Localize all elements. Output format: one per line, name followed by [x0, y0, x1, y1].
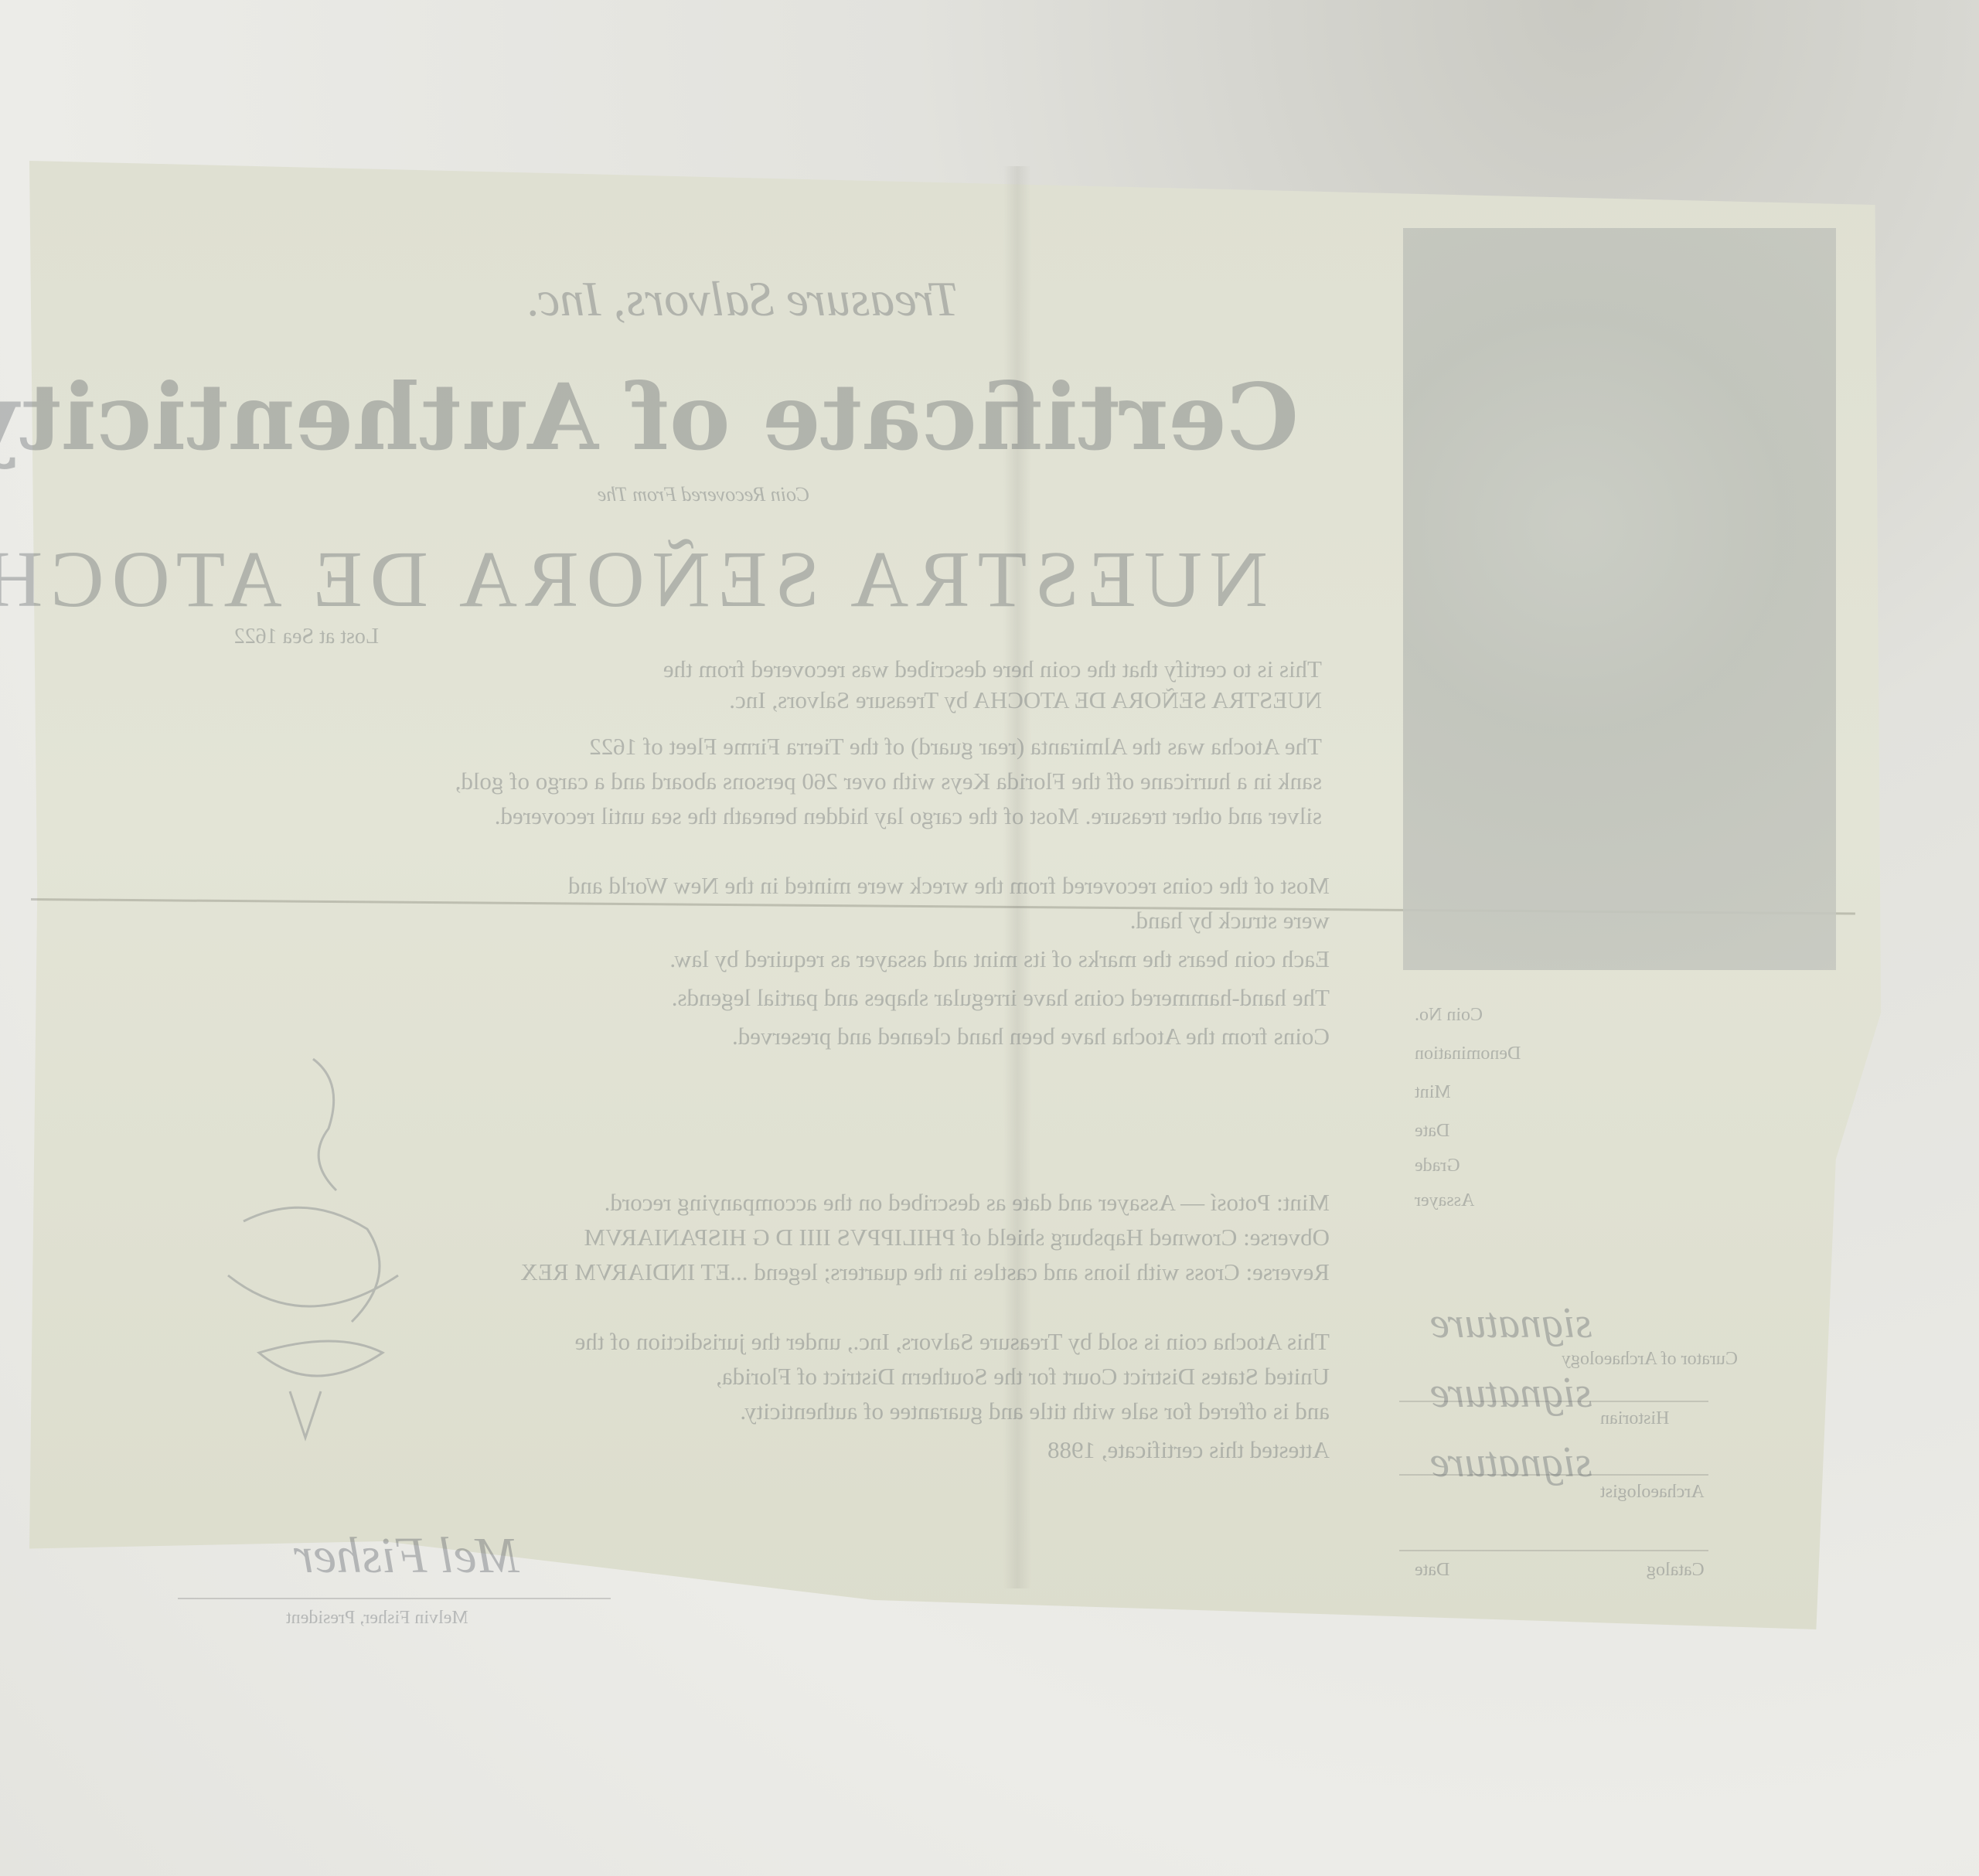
body-line: Attested this certificate, 1988 [464, 1438, 1330, 1462]
historian-signature: signature [1430, 1368, 1592, 1418]
archaeologist-signature: signature [1430, 1438, 1592, 1487]
field-assayer: Assayer [1415, 1190, 1474, 1211]
body-line: NUESTRA SEÑORA DE ATOCHA by Treasure Sal… [162, 688, 1322, 712]
historian-title: Historian [1600, 1408, 1669, 1429]
body-line: The Atocha was the Almiranta (rear guard… [162, 734, 1322, 758]
president-title: Melvin Fisher, President [286, 1608, 468, 1629]
body-line: This is to certify that the coin here de… [162, 657, 1322, 681]
footer-catalog: Catalog [1647, 1560, 1705, 1581]
footer-line [1399, 1550, 1708, 1551]
body-line: Obverse: Crowned Hapsburg shield of PHIL… [464, 1225, 1330, 1249]
body-line: sank in a hurricane off the Florida Keys… [162, 769, 1322, 793]
president-signature-line [178, 1598, 611, 1599]
field-date: Date [1415, 1121, 1449, 1142]
certificate-title: Certificate of Authenticity [139, 363, 1299, 471]
curator-signature: signature [1430, 1299, 1592, 1348]
field-grade: Grade [1415, 1156, 1460, 1176]
ship-date: Lost at Sea 1622 [178, 625, 379, 649]
body-line: Mint: Potosí — Assayer and date as descr… [464, 1190, 1330, 1214]
body-line: Most of the coins recovered from the wre… [464, 873, 1330, 897]
ship-name: NUESTRA SEÑORA DE ATOCHA [186, 533, 1268, 625]
archaeologist-title: Archaeologist [1600, 1482, 1705, 1503]
field-coin-no: Coin No. [1415, 1005, 1483, 1026]
curator-title: Curator of Archaeology [1562, 1349, 1738, 1370]
body-line: Coins from the Atocha have been hand cle… [464, 1024, 1330, 1048]
body-line: and is offered for sale with title and g… [464, 1399, 1330, 1423]
body-line: Reverse: Cross with lions and castles in… [464, 1260, 1330, 1284]
coin-photo-area [1403, 228, 1836, 970]
body-line: Each coin bears the marks of its mint an… [464, 947, 1330, 971]
body-line: were struck by hand. [464, 908, 1330, 932]
certificate-subtitle: Coin Recovered From The [433, 483, 974, 506]
body-line: silver and other treasure. Most of the c… [162, 804, 1322, 828]
body-line: The hand-hammered coins have irregular s… [464, 986, 1330, 1009]
field-denomination: Denomination [1415, 1044, 1521, 1064]
footer-date: Date [1415, 1560, 1449, 1581]
eagle-seal-icon [197, 1028, 460, 1492]
body-line: This Atocha coin is sold by Treasure Sal… [464, 1330, 1330, 1353]
field-mint: Mint [1415, 1082, 1451, 1103]
president-signature: Mel Fisher [294, 1527, 519, 1585]
company-name: Treasure Salvors, Inc. [371, 271, 1113, 328]
body-line: United States District Court for the Sou… [464, 1364, 1330, 1388]
